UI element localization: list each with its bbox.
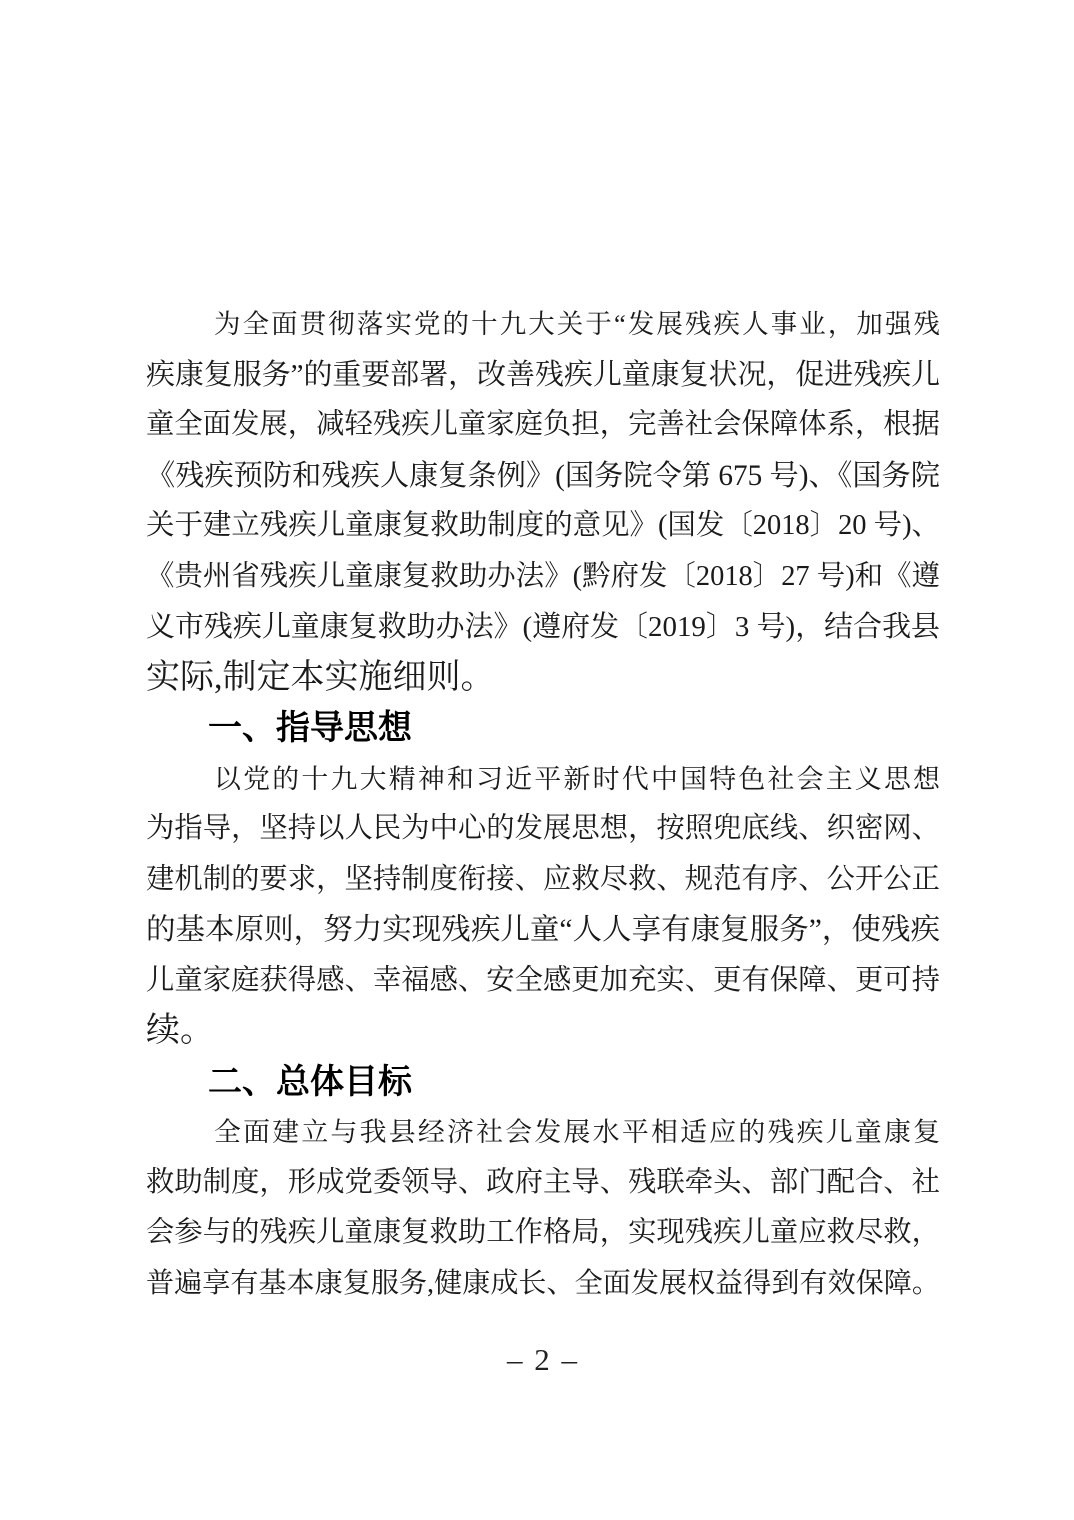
text-line: 关于建立残疾儿童康复救助制度的意见》(国发〔2018〕20 号)、 <box>146 501 940 552</box>
paragraph: 为全面贯彻落实党的十九大关于“发展残疾人事业，加强残 疾康复服务”的重要部署，改… <box>146 299 940 703</box>
text-line: 的基本原则，努力实现残疾儿童“人人享有康复服务”，使残疾 <box>146 905 940 956</box>
text-line: 儿童家庭获得感、幸福感、安全感更加充实、更有保障、更可持 <box>146 956 940 1007</box>
document-page: 为全面贯彻落实党的十九大关于“发展残疾人事业，加强残 疾康复服务”的重要部署，改… <box>0 0 1074 1520</box>
text-line: 实际,制定本实施细则。 <box>146 653 940 704</box>
text-line: 疾康复服务”的重要部署，改善残疾儿童康复状况，促进残疾儿 <box>146 350 940 401</box>
text-line: 《残疾预防和残疾人康复条例》(国务院令第 675 号)、《国务院 <box>146 451 940 502</box>
text-line: 《贵州省残疾儿童康复救助办法》(黔府发〔2018〕27 号)和《遵 <box>146 552 940 603</box>
text-line: 为指导，坚持以人民为中心的发展思想，按照兜底线、织密网、 <box>146 804 940 855</box>
text-line: 救助制度，形成党委领导、政府主导、残联牵头、部门配合、社 <box>146 1158 940 1209</box>
text-line: 普遍享有基本康复服务,健康成长、全面发展权益得到有效保障。 <box>146 1259 940 1310</box>
page-number: – 2 – <box>146 1336 940 1384</box>
paragraph: 全面建立与我县经济社会发展水平相适应的残疾儿童康复 救助制度，形成党委领导、政府… <box>146 1107 940 1309</box>
text-line: 续。 <box>146 1006 940 1057</box>
document-body: 为全面贯彻落实党的十九大关于“发展残疾人事业，加强残 疾康复服务”的重要部署，改… <box>146 299 940 1309</box>
text-line: 义市残疾儿童康复救助办法》(遵府发〔2019〕3 号)，结合我县 <box>146 602 940 653</box>
section: 二、总体目标 <box>146 1057 940 1108</box>
text-line: 会参与的残疾儿童康复救助工作格局，实现残疾儿童应救尽救， <box>146 1208 940 1259</box>
section-heading: 二、总体目标 <box>146 1057 940 1108</box>
text-line: 建机制的要求，坚持制度衔接、应救尽救、规范有序、公开公正 <box>146 855 940 906</box>
paragraph: 以党的十九大精神和习近平新时代中国特色社会主义思想 为指导，坚持以人民为中心的发… <box>146 754 940 1057</box>
section-heading: 一、指导思想 <box>146 703 940 754</box>
text-line: 童全面发展，减轻残疾儿童家庭负担，完善社会保障体系，根据 <box>146 400 940 451</box>
section: 一、指导思想 <box>146 703 940 754</box>
text-line: 全面建立与我县经济社会发展水平相适应的残疾儿童康复 <box>146 1107 940 1158</box>
text-line: 以党的十九大精神和习近平新时代中国特色社会主义思想 <box>146 754 940 805</box>
text-line: 为全面贯彻落实党的十九大关于“发展残疾人事业，加强残 <box>146 299 940 350</box>
